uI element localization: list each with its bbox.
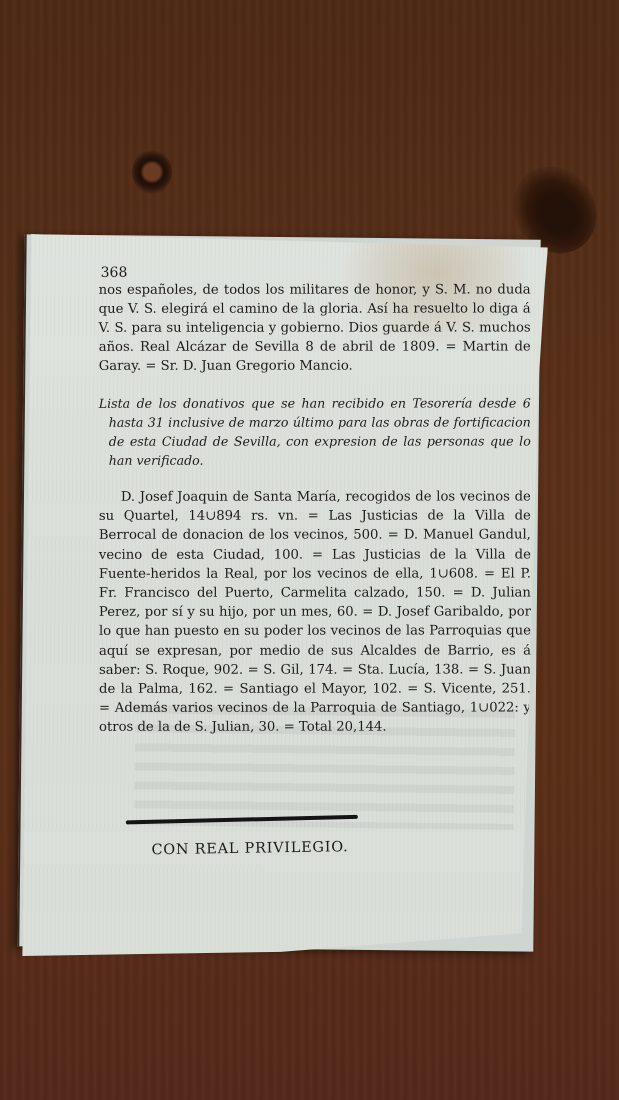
footer-privilege: CON REAL PRIVILEGIO. (151, 839, 348, 858)
list-title: Lista de los donativos que se han recibi… (99, 393, 531, 469)
opening-paragraph: nos españoles, de todos los militares de… (99, 280, 531, 375)
page-content: 368 nos españoles, de todos los militare… (99, 264, 531, 737)
document-page: 368 nos españoles, de todos los militare… (22, 234, 548, 962)
wood-knot (132, 150, 172, 194)
donations-list: D. Josef Joaquin de Santa María, recogid… (99, 487, 531, 737)
page-number: 368 (101, 264, 531, 280)
